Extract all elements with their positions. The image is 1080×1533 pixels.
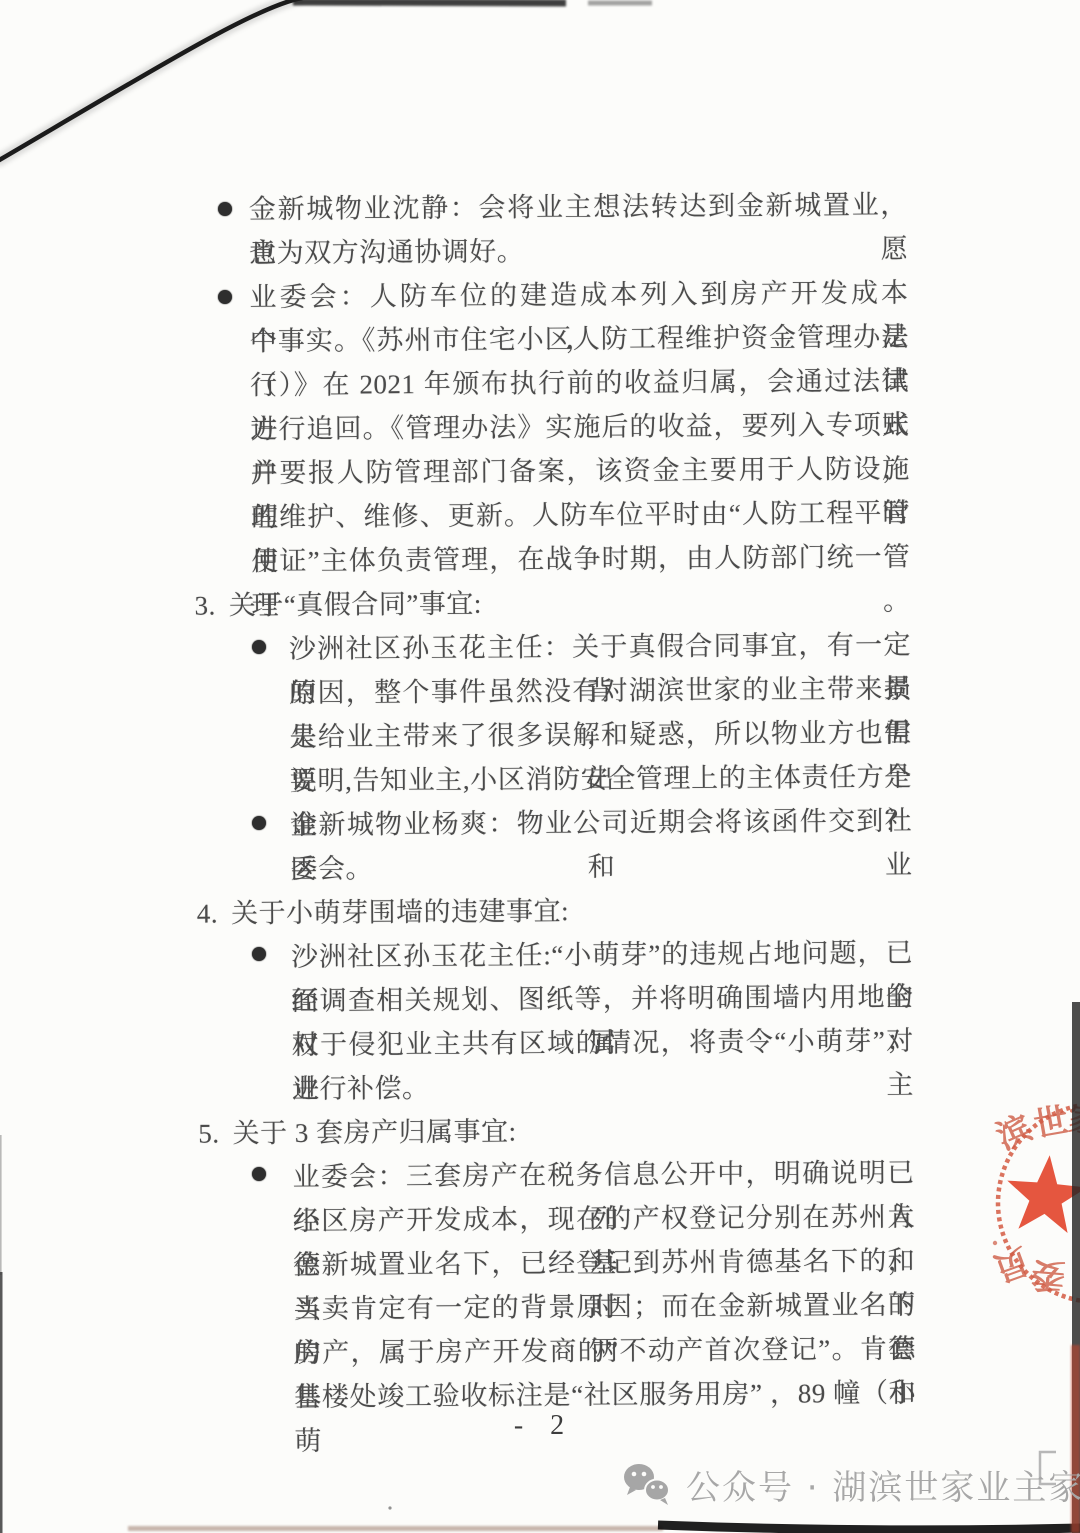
doc-line: 业委会：人防车位的建造成本列入到房产开发成本中，是 (249, 271, 908, 320)
watermark-text: 公众号 · 湖滨世家业主家园 (686, 1460, 1080, 1509)
scan-artifact-bottom-band (658, 1525, 1080, 1530)
document-body: 金新城物业沈静：会将业主想法转达到金新城置业，也愿 意为双方沟通协调好。 业委会… (0, 181, 1080, 1421)
doc-line: 小区房产开发成本，现在的产权登记分别在苏州肯德基和 (293, 1195, 915, 1243)
section-number: 5. (198, 1111, 220, 1155)
doc-line: 金新城物业杨爽：物业公司近期会将该函件交到社区和业 (290, 799, 912, 847)
doc-line: 用证”主体负责管理，在战争时期，由人防部门统一管理。 (251, 535, 910, 584)
doc-line: 沙洲社区孙玉花主任：关于真假合同事宜，有一定的背景 (289, 623, 911, 671)
section-title: 关于 3 套房产归属事宜: (232, 1116, 516, 1148)
doc-line: 是给业主带来了很多误解和疑惑，所以物业方也需要出个 (289, 711, 911, 759)
doc-line: 业委会：三套房产在税务信息公开中，明确说明已经列入 (292, 1151, 914, 1199)
section-heading: 4.关于小萌芽围墙的违建事宜: (197, 886, 961, 935)
bullet-icon (252, 947, 266, 961)
scan-artifact-bottom-smear (128, 1526, 663, 1531)
doc-line: 金新城物业沈静：会将业主想法转达到金新城置业，也愿 (249, 183, 908, 232)
doc-line: 面调查相关规划、图纸等，并将明确围墙内用地的权属； (291, 975, 913, 1023)
doc-line: 理维护、维修、更新。人防车位平时由“人防工程平时使 (251, 491, 910, 540)
wechat-watermark: 公众号 · 湖滨世家业主家园 (622, 1459, 1080, 1509)
scan-artifact-left-edge (0, 1272, 3, 1533)
scan-artifact-left-edge-faint (0, 1135, 2, 1275)
scan-artifact-topleft-diagonal (0, 0, 302, 162)
page-number: - 2 (0, 1404, 1080, 1448)
doc-line: 对于侵犯业主共有区域的情况，将责令“小萌芽”对业主 (292, 1019, 914, 1067)
scan-artifact-topleft-diagonal-shadow (0, 0, 302, 162)
bullet-icon (218, 290, 232, 304)
section-heading: 5.关于 3 套房产归属事宜: (198, 1106, 962, 1155)
doc-line: 原因，整个事件虽然没有对湖滨世家的业主带来损失，但 (289, 667, 911, 715)
bullet-icon (252, 816, 266, 830)
doc-line: 个事实。《苏州市住宅小区人防工程维护资金管理办法（试 (250, 315, 909, 364)
bullet-icon (218, 202, 232, 216)
wechat-icon (622, 1462, 672, 1506)
scan-artifact-speck (388, 1506, 391, 1509)
doc-line: 金新城置业名下，已经登记到苏州肯德基名下的，当时的 (293, 1239, 915, 1287)
scanned-document-page: 金新城物业沈静：会将业主想法转达到金新城置业，也愿 意为双方沟通协调好。 业委会… (0, 0, 1080, 1533)
section-title: 关于小萌芽围墙的违建事宜: (231, 896, 569, 928)
scan-artifact-top-band (293, 2, 566, 3)
doc-line: 买卖肯定有一定的背景原因；而在金新城置业名下的两套 (293, 1283, 915, 1331)
doc-line: 房产，属于房产开发商的”不动产首次登记”。肯德基和 (294, 1327, 916, 1375)
doc-line: 进行追回。《管理办法》实施后的收益，要列入专项账户， (250, 403, 909, 452)
doc-line: 沙洲社区孙玉花主任:“小萌芽”的违规占地问题，已经全 (291, 931, 913, 979)
doc-line: 行）》在 2021 年颁布执行前的收益归属，会通过法律方式 (250, 359, 909, 408)
section-number: 4. (197, 891, 219, 935)
doc-line: 并要报人防管理部门备案，该资金主要用于人防设施的管 (251, 447, 910, 496)
doc-line: 说明,告知业主,小区消防安全管理上的主体责任方是谁？ (290, 755, 912, 803)
bullet-icon (252, 1167, 266, 1181)
section-title: 关于“真假合同”事宜: (229, 589, 482, 621)
section-number: 3. (194, 584, 216, 628)
bullet-icon (252, 640, 266, 654)
